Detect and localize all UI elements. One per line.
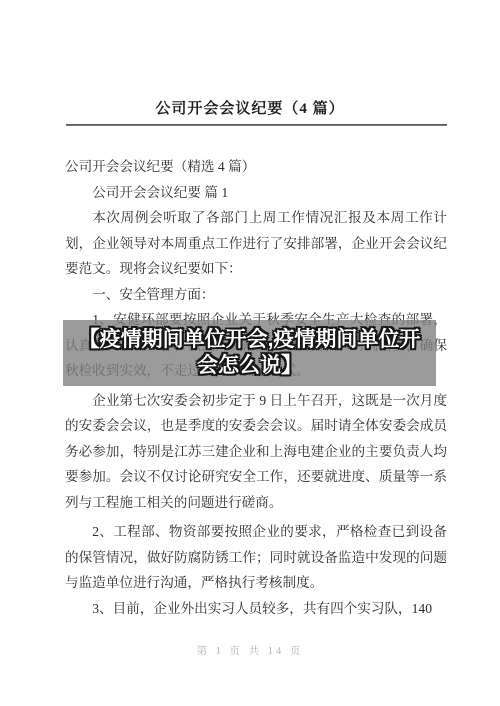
page-number-footer: 第 1 页 共 14 页 — [0, 643, 500, 658]
overlay-banner-line-2: 会怎么说】 — [197, 353, 302, 379]
paragraph-subheading: 公司开会会议纪要 篇 1 — [65, 180, 447, 206]
paragraph-item-3: 3、目前，企业外出实习人员较多，共有四个实习队，140 — [65, 596, 447, 622]
overlay-banner: 【疫情期间单位开会,疫情期间单位开 会怎么说】 — [63, 320, 436, 386]
paragraph: 本次周例会听取了各部门上周工作情况汇报及本周工作计划，企业领导对本周重点工作进行… — [65, 205, 447, 282]
paragraph-heading: 公司开会会议纪要（精选 4 篇） — [65, 154, 447, 180]
document-page: 公司开会会议纪要（4 篇） 公司开会会议纪要（精选 4 篇） 公司开会会议纪要 … — [0, 0, 500, 706]
overlay-banner-line-1: 【疫情期间单位开会,疫情期间单位开 — [79, 327, 421, 353]
title-divider — [66, 124, 447, 126]
page-title: 公司开会会议纪要（4 篇） — [0, 97, 500, 118]
paragraph-item-2: 2、工程部、物资部要按照企业的要求，严格检查已到设备的保管情况，做好防腐防锈工作… — [65, 519, 447, 596]
paragraph: 企业第七次安委会初步定于 9 日上午召开，这既是一次月度的安委会会议，也是季度的… — [65, 388, 447, 516]
paragraph-section-heading: 一、安全管理方面： — [65, 282, 447, 308]
document-body: 公司开会会议纪要（精选 4 篇） 公司开会会议纪要 篇 1 本次周例会听取了各部… — [65, 154, 447, 621]
